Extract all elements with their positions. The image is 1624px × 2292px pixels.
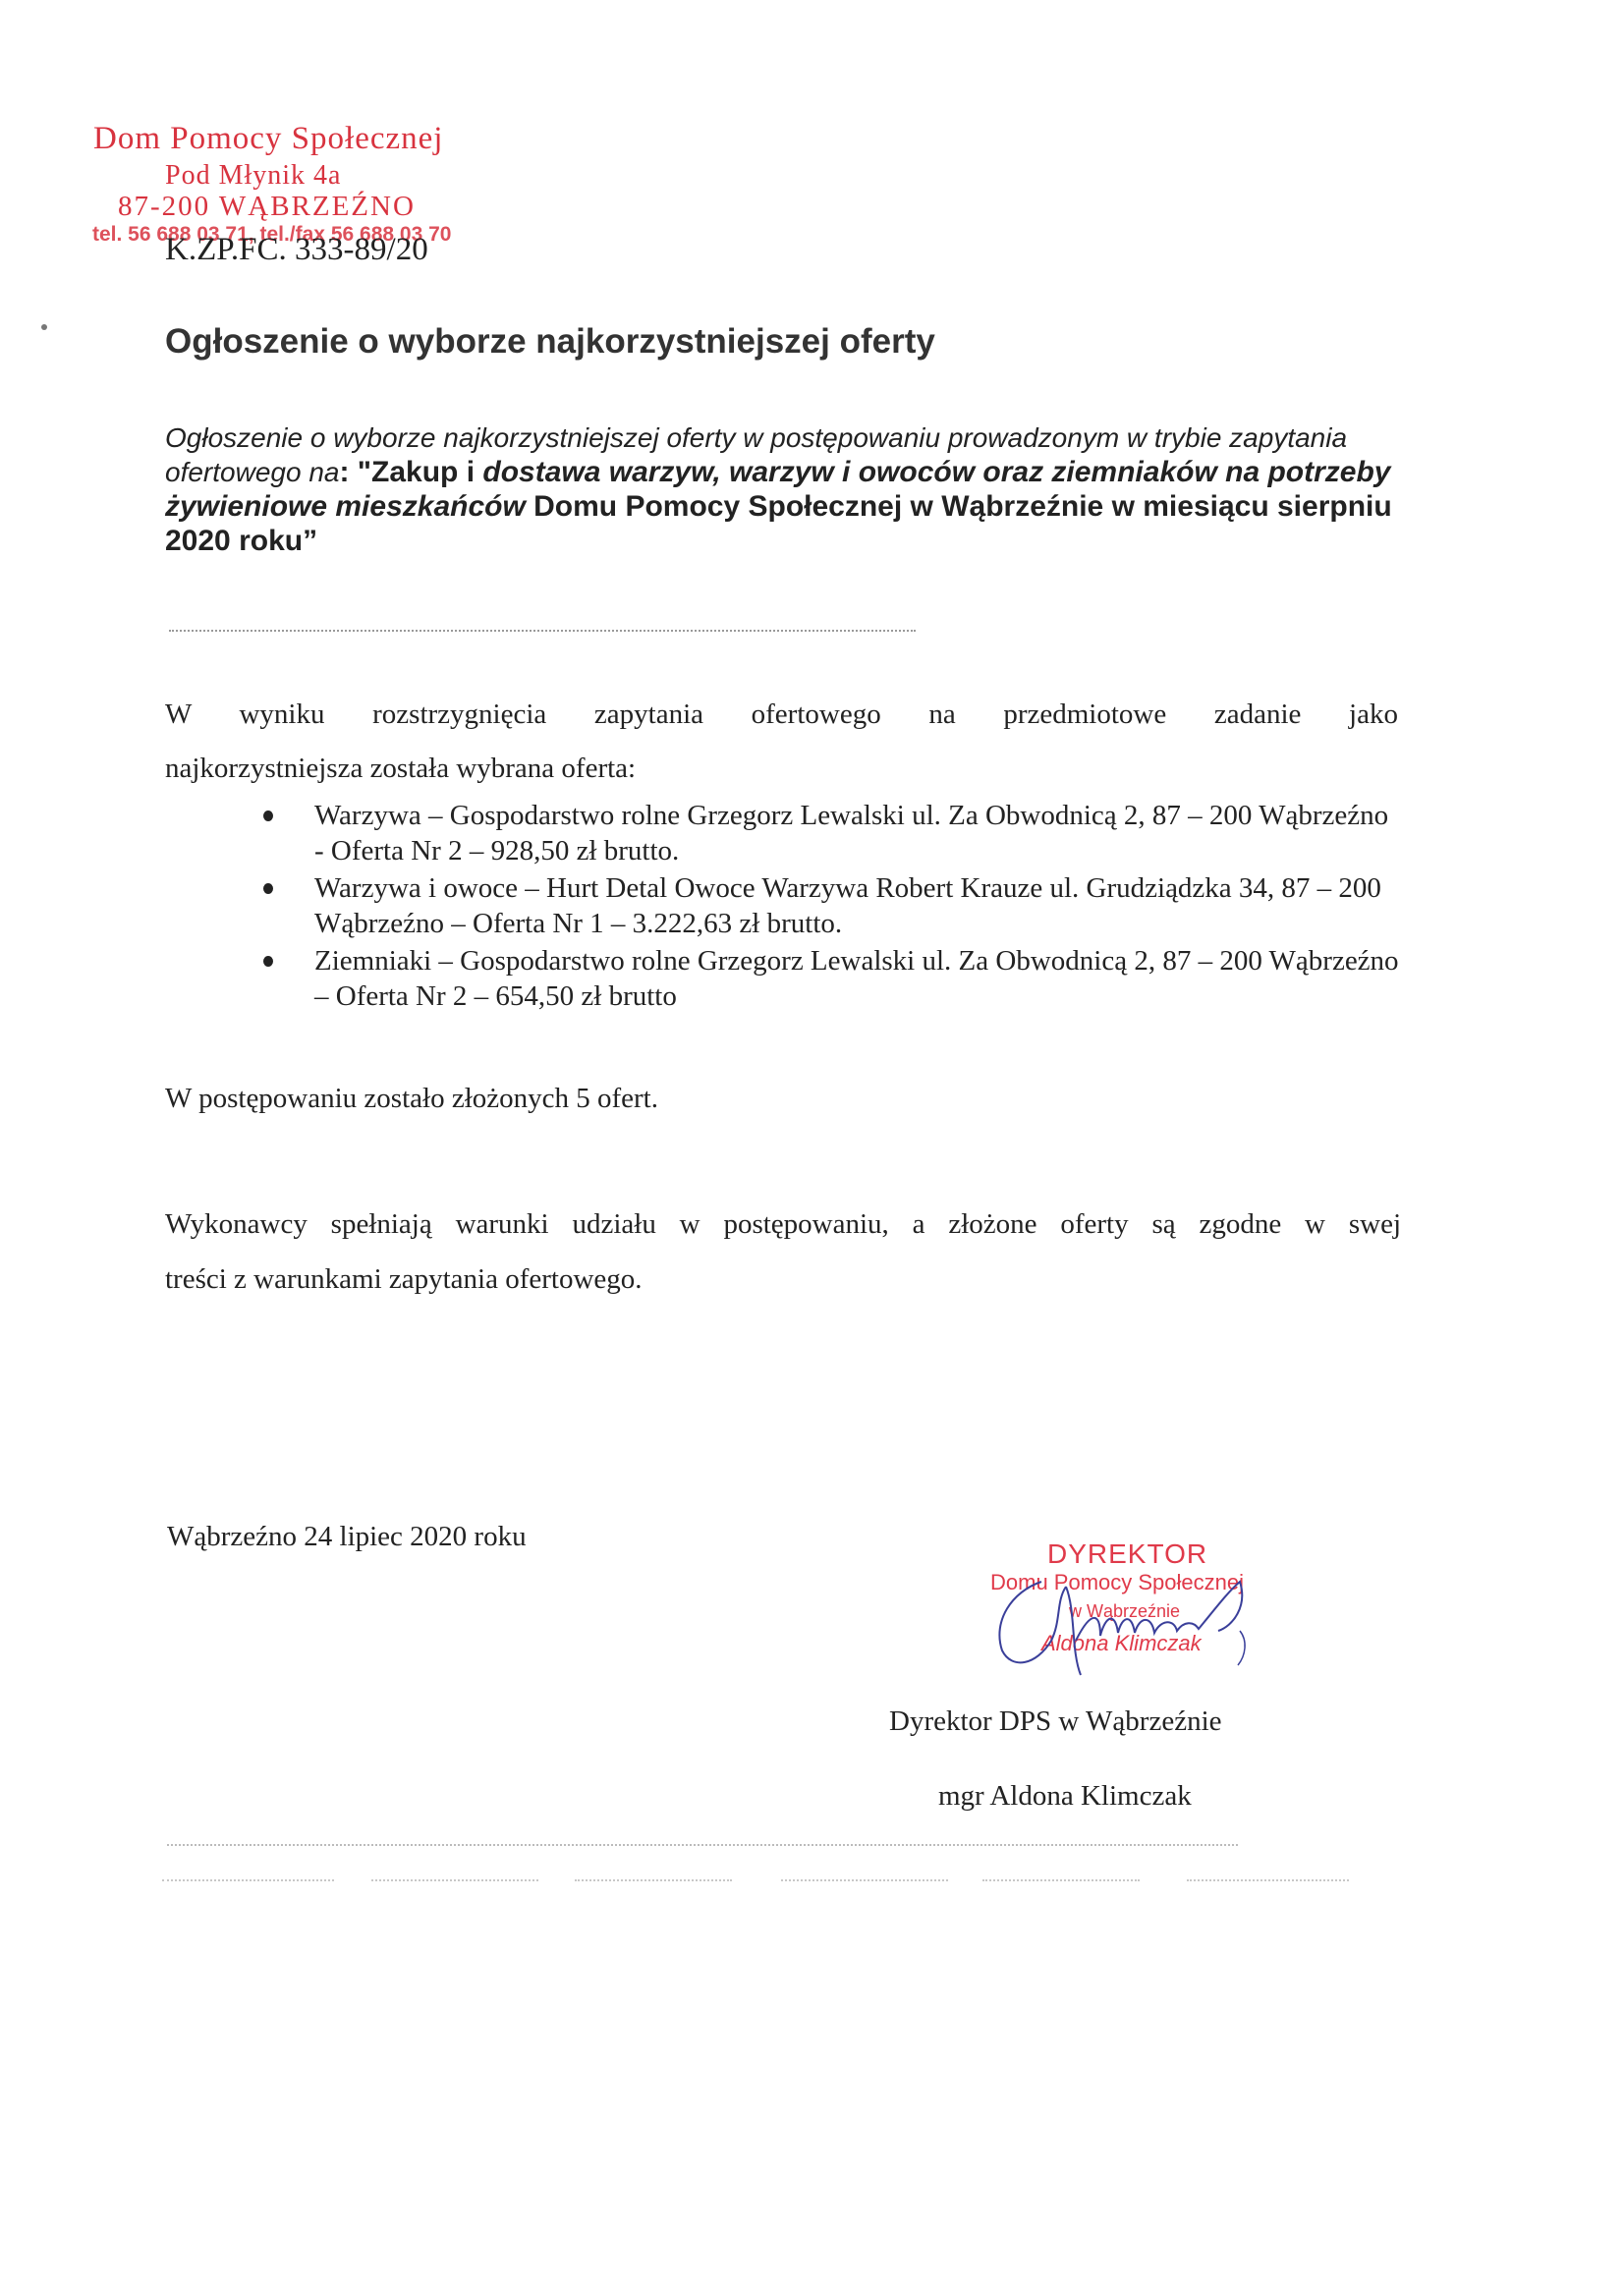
stamp-director-title: DYREKTOR [1047,1538,1207,1570]
footer-divider [781,1879,948,1881]
handwritten-signature-icon [982,1572,1297,1680]
offer-text: Warzywa i owoce – Hurt Detal Owoce Warzy… [314,872,1381,939]
footer-divider [371,1879,538,1881]
intro-paragraph: Ogłoszenie o wyborze najkorzystniejszej … [165,420,1403,558]
compliance-line-2: treści z warunkami zapytania ofertowego. [165,1263,643,1295]
reference-number: K.ZP.FC. 333-89/20 [165,232,428,268]
offer-item: Warzywa – Gospodarstwo rolne Grzegorz Le… [263,798,1403,868]
intro-colon: : [339,456,357,488]
signatory-name: mgr Aldona Klimczak [938,1780,1192,1813]
footer-divider [1187,1879,1349,1881]
footer-divider [982,1879,1140,1881]
date-place: Wąbrzeźno 24 lipiec 2020 roku [167,1521,527,1553]
scan-artifact-dot [41,324,47,330]
result-line-2: najkorzystniejsza została wybrana oferta… [165,753,636,784]
offers-count: W postępowaniu zostało złożonych 5 ofert… [165,1083,658,1115]
result-paragraph: W wyniku rozstrzygnięcia zapytania ofert… [165,688,1398,796]
stamp-city: 87-200 WĄBRZEŹNO [118,193,416,221]
footer-divider [575,1879,732,1881]
document-title: Ogłoszenie o wyborze najkorzystniejszej … [165,322,935,362]
subject-quote-open: "Zakup i [358,456,483,488]
divider [169,630,916,632]
stamp-street: Pod Młynik 4a [165,162,341,190]
signatory-title: Dyrektor DPS w Wąbrzeźnie [889,1705,1222,1738]
selected-offers-list: Warzywa – Gospodarstwo rolne Grzegorz Le… [263,798,1403,1016]
compliance-paragraph: Wykonawcy spełniają warunki udziału w po… [165,1197,1401,1307]
offer-text: Warzywa – Gospodarstwo rolne Grzegorz Le… [314,800,1388,866]
footer-divider [162,1879,334,1881]
offer-item: Ziemniaki – Gospodarstwo rolne Grzegorz … [263,943,1403,1014]
bullet-icon [263,883,273,894]
offer-text: Ziemniaki – Gospodarstwo rolne Grzegorz … [314,945,1399,1012]
bullet-icon [263,811,273,821]
bullet-icon [263,956,273,967]
stamp-institution-name: Dom Pomocy Społecznej [93,123,443,155]
result-line-1: W wyniku rozstrzygnięcia zapytania ofert… [165,688,1398,742]
offer-item: Warzywa i owoce – Hurt Detal Owoce Warzy… [263,870,1403,941]
compliance-line-1: Wykonawcy spełniają warunki udziału w po… [165,1197,1401,1252]
footer-divider [167,1844,1238,1846]
